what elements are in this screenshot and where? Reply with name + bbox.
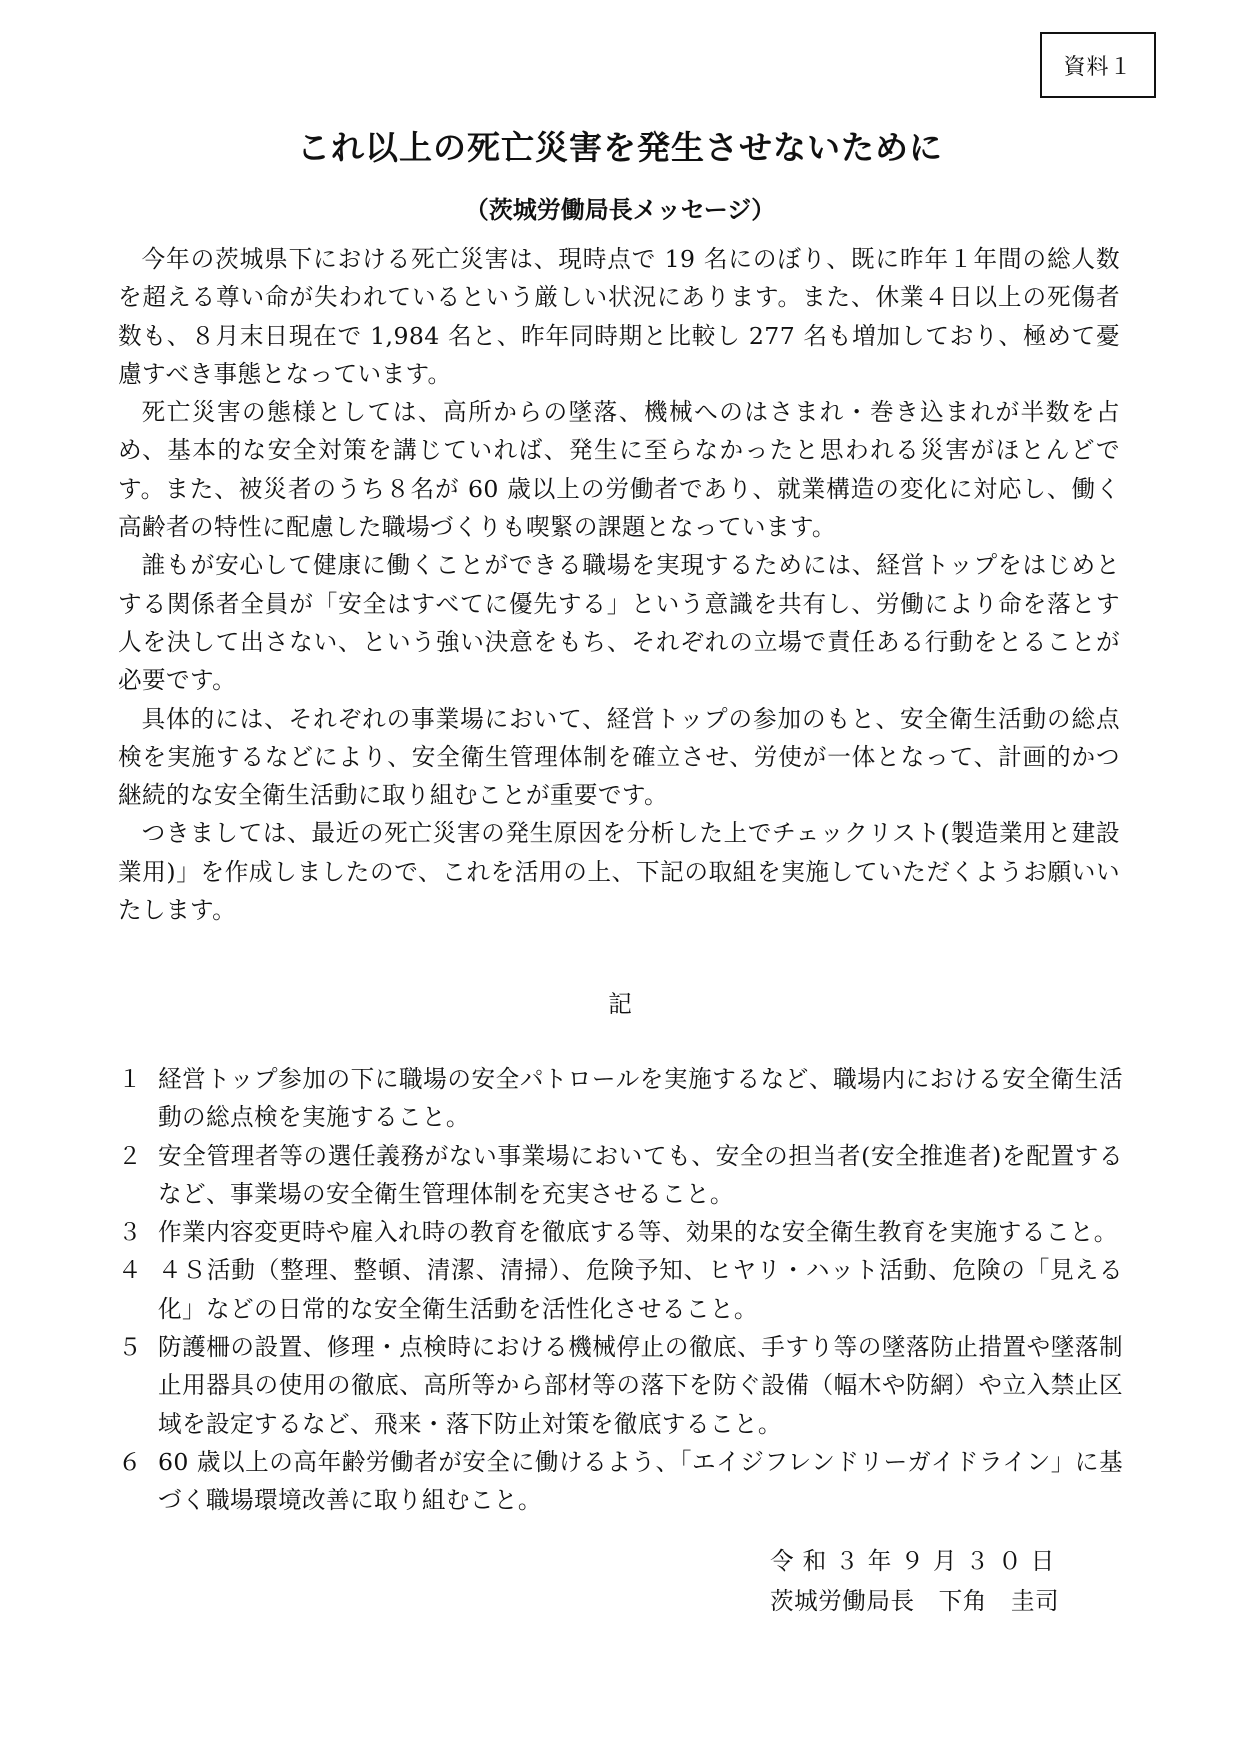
item-text: 安全管理者等の選任義務がない事業場においても、安全の担当者(安全推進者)を配置す… [158, 1137, 1123, 1214]
list-item: １ 経営トップ参加の下に職場の安全パトロールを実施するなど、職場内における安全衛… [118, 1060, 1123, 1137]
list-item: ５ 防護柵の設置、修理・点検時における機械停止の徹底、手すり等の墜落防止措置や墜… [118, 1328, 1123, 1443]
item-number: ２ [118, 1137, 158, 1214]
document-title: これ以上の死亡災害を発生させないために [0, 122, 1240, 169]
item-text: ４Ｓ活動（整理、整頓、清潔、清掃）、危険予知、ヒヤリ・ハット活動、危険の「見える… [158, 1251, 1123, 1328]
document-label: 資料１ [1063, 50, 1132, 81]
item-number: ３ [118, 1213, 158, 1251]
document-subtitle: （茨城労働局長メッセージ） [0, 190, 1240, 225]
item-text: 経営トップ参加の下に職場の安全パトロールを実施するなど、職場内における安全衛生活… [158, 1060, 1123, 1137]
item-text: 60 歳以上の高年齢労働者が安全に働けるよう、「エイジフレンドリーガイドライン」… [158, 1443, 1123, 1520]
paragraph: 今年の茨城県下における死亡災害は、現時点で 19 名にのぼり、既に昨年１年間の総… [118, 240, 1120, 393]
message-body: 今年の茨城県下における死亡災害は、現時点で 19 名にのぼり、既に昨年１年間の総… [118, 240, 1120, 929]
paragraph: 具体的には、それぞれの事業場において、経営トップの参加のもと、安全衛生活動の総点… [118, 700, 1120, 815]
item-number: ６ [118, 1443, 158, 1520]
ki-heading: 記 [0, 985, 1240, 1019]
list-item: ６ 60 歳以上の高年齢労働者が安全に働けるよう、「エイジフレンドリーガイドライ… [118, 1443, 1123, 1520]
item-number: ５ [118, 1328, 158, 1443]
paragraph: 死亡災害の態様としては、高所からの墜落、機械へのはさまれ・巻き込まれが半数を占め… [118, 393, 1120, 546]
signer-name: 茨城労働局長 下角 圭司 [770, 1582, 1059, 1616]
item-text: 作業内容変更時や雇入れ時の教育を徹底する等、効果的な安全衛生教育を実施すること。 [158, 1213, 1123, 1251]
document-label-box: 資料１ [1040, 32, 1156, 98]
list-item: ３ 作業内容変更時や雇入れ時の教育を徹底する等、効果的な安全衛生教育を実施するこ… [118, 1213, 1123, 1251]
item-number: ４ [118, 1251, 158, 1328]
paragraph: 誰もが安心して健康に働くことができる職場を実現するためには、経営トップをはじめと… [118, 546, 1120, 699]
list-item: ２ 安全管理者等の選任義務がない事業場においても、安全の担当者(安全推進者)を配… [118, 1137, 1123, 1214]
action-item-list: １ 経営トップ参加の下に職場の安全パトロールを実施するなど、職場内における安全衛… [118, 1060, 1123, 1520]
issue-date: 令和３年９月３０日 [770, 1542, 1063, 1576]
item-number: １ [118, 1060, 158, 1137]
item-text: 防護柵の設置、修理・点検時における機械停止の徹底、手すり等の墜落防止措置や墜落制… [158, 1328, 1123, 1443]
paragraph: つきましては、最近の死亡災害の発生原因を分析した上でチェックリスト(製造業用と建… [118, 814, 1120, 929]
list-item: ４ ４Ｓ活動（整理、整頓、清潔、清掃）、危険予知、ヒヤリ・ハット活動、危険の「見… [118, 1251, 1123, 1328]
